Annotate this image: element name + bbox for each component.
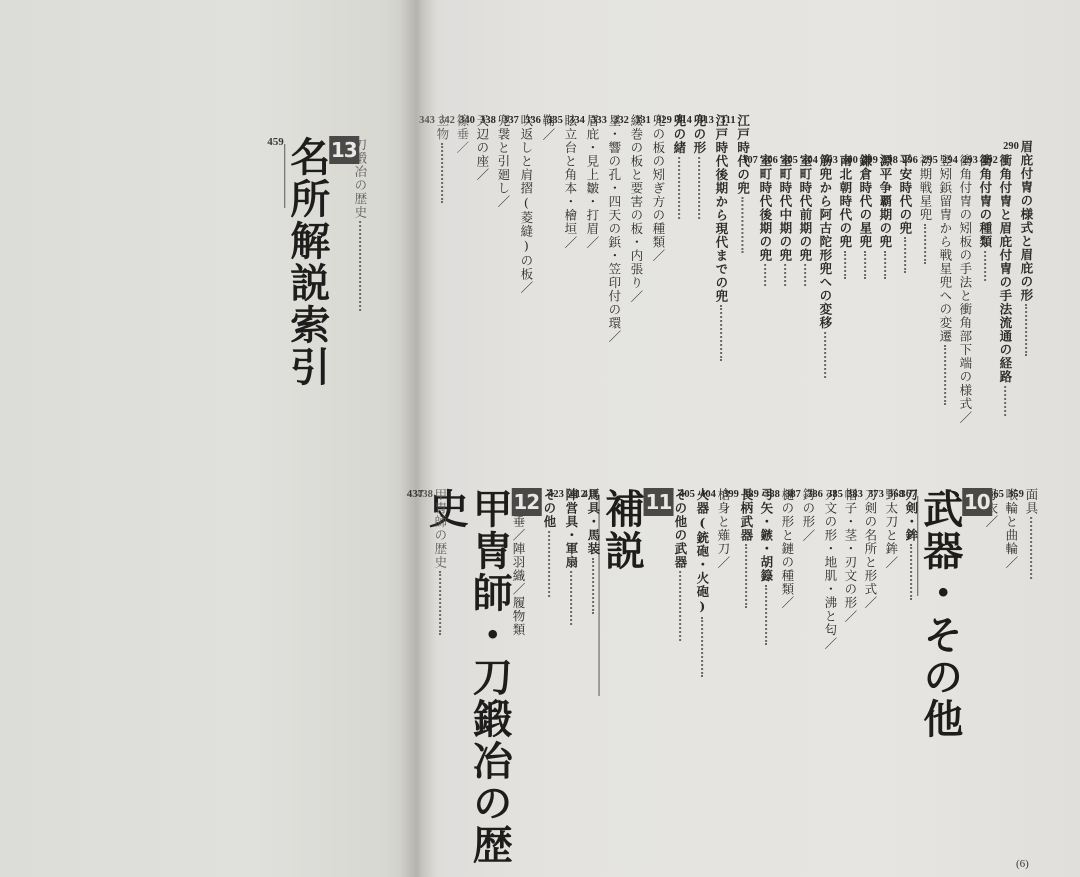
dot-leader <box>944 345 946 405</box>
entry-title: 天辺の座 <box>475 114 490 168</box>
entry-title: 衝角付冑と眉庇付冑の手法流通の経路 <box>998 154 1013 384</box>
entry-title: 星・響の孔・四天の鋲・笠印付の環 <box>607 114 622 330</box>
entry-title: 鍔の形 <box>801 488 816 529</box>
entry-title: 長柄武器 <box>739 488 754 542</box>
entry-title: 弓矢・鏃・胡籙 <box>759 488 774 583</box>
entry-title: 刀剣の名所と形式 <box>863 488 878 596</box>
entry-title: 立物 <box>435 114 450 141</box>
dot-leader <box>698 157 700 219</box>
left-page <box>0 0 418 877</box>
entry-title: 衝角付冑の矧板の手法と衝角部下端の様式 <box>958 154 973 411</box>
entry-title: 竪矧鋲留冑から戦星兜への変遷 <box>938 154 953 343</box>
dot-leader <box>441 143 443 203</box>
chapter-title: 武器・その他 <box>917 488 964 740</box>
entry-title: 眉庇付冑の様式と眉庇の形 <box>1019 140 1034 302</box>
entry-title: 兜の板の矧ぎ方の種類 <box>651 114 666 249</box>
entry-title: 陣営具・軍扇 <box>564 488 579 569</box>
dot-leader <box>864 251 866 279</box>
dot-leader <box>984 251 986 281</box>
slash-separator: ／ <box>823 637 837 651</box>
dot-leader <box>720 305 722 361</box>
entry-title: 室町時代後期の兜 <box>758 154 773 262</box>
slash-separator: ／ <box>651 249 665 263</box>
slash-separator: ／ <box>496 195 510 209</box>
entry-title: 喉輪と曲輪 <box>1004 488 1019 556</box>
entry-title: その他 <box>542 488 557 529</box>
entry-title: 衝角付冑の種類 <box>978 154 993 249</box>
dot-leader <box>678 157 680 219</box>
dot-leader <box>1025 304 1027 356</box>
chapter-title: 名所解説索引 <box>284 136 331 388</box>
chapter-number-badge: 10 <box>962 488 992 516</box>
chapter-number-badge: 12 <box>511 488 541 516</box>
page-folio: (6) <box>1016 858 1029 870</box>
entry-title: 面具 <box>1024 488 1039 515</box>
dot-leader <box>784 264 786 286</box>
toc-entry: 甲冑師の歴史438 <box>417 488 447 637</box>
dot-leader <box>701 617 703 677</box>
entry-title: 甲冑師の歴史 <box>433 488 448 569</box>
dot-leader <box>592 558 594 614</box>
chapter-page: 459 <box>267 136 284 148</box>
slash-separator: ／ <box>843 610 857 624</box>
slash-separator: ／ <box>519 281 533 295</box>
chapter-13-heading: 13 名所解説索引 459 <box>267 136 359 388</box>
dot-leader <box>548 531 550 597</box>
entry-title: 江戸時代後期から現代までの兜 <box>714 114 729 303</box>
slash-separator: ／ <box>541 128 555 142</box>
dot-leader <box>679 571 681 641</box>
entry-title: 鞠 <box>541 114 556 128</box>
dot-leader <box>765 585 767 645</box>
entry-title: 吹返しと肩摺(菱縫)の板 <box>519 114 534 281</box>
entry-title: 江戸時代の兜 <box>736 114 751 195</box>
chapter-title: 補説 <box>598 488 645 572</box>
entry-title: その他の武器 <box>673 488 688 569</box>
slash-separator: ／ <box>863 596 877 610</box>
slash-separator: ／ <box>801 529 815 543</box>
entry-page: 438 <box>417 488 433 502</box>
slash-separator: ／ <box>455 141 469 155</box>
dot-leader <box>745 544 747 608</box>
entry-title: 源平争覇期の兜 <box>878 154 893 249</box>
dot-leader <box>742 197 744 253</box>
entry-title: 眉庇・見上皺・打眉 <box>585 114 600 236</box>
dot-leader <box>570 571 572 625</box>
entry-title: 室町時代前期の兜 <box>798 154 813 262</box>
dot-leader <box>1004 386 1006 416</box>
entry-title: 槍身と薙刀 <box>716 488 731 556</box>
dot-leader <box>439 571 441 635</box>
chapter-number-badge: 11 <box>643 488 673 516</box>
entry-title: 綴巻の板と要害の板・内張り <box>629 114 644 290</box>
entry-title: 鎌倉時代の星兜 <box>858 154 873 249</box>
slash-separator: ／ <box>884 556 898 570</box>
dot-leader <box>844 251 846 279</box>
entry-title: 筋兜から阿古陀形兜への変移 <box>818 154 833 330</box>
entry-title: 平安時代の兜 <box>898 154 913 235</box>
slash-separator: ／ <box>585 236 599 250</box>
entry-title: 火器(銃砲・火砲) <box>695 488 710 615</box>
slash-separator: ／ <box>629 290 643 304</box>
dot-leader <box>884 251 886 279</box>
entry-title: 眩立台と角本・檜垣 <box>563 114 578 236</box>
slash-separator: ／ <box>716 556 730 570</box>
slash-separator: ／ <box>1004 556 1018 570</box>
toc-entry: 立物343 <box>419 114 449 205</box>
slash-separator: ／ <box>958 411 972 425</box>
dot-leader <box>910 544 912 600</box>
entry-title: 篠垂 <box>455 114 470 141</box>
entry-title: 野太刀と鉾 <box>884 488 899 556</box>
slash-separator: ／ <box>563 236 577 250</box>
slash-separator: ／ <box>475 168 489 182</box>
entry-title: 兜の緒 <box>672 114 687 155</box>
entry-title: 兜袰と引廻し <box>496 114 511 195</box>
entry-title: 帽子・茎・刃文の形 <box>843 488 858 610</box>
entry-title: 刃文の形・地肌・沸と匂 <box>823 488 838 637</box>
dot-leader <box>804 264 806 286</box>
dot-leader <box>904 237 906 273</box>
entry-title: 室町時代中期の兜 <box>778 154 793 262</box>
slash-separator: ／ <box>780 596 794 610</box>
entry-title: 刀剣・鉾 <box>904 488 919 542</box>
entry-page: 343 <box>419 114 435 128</box>
dot-leader <box>1030 517 1032 579</box>
dot-leader <box>764 264 766 286</box>
dot-leader <box>924 224 926 264</box>
entry-page: 290 <box>1003 140 1019 154</box>
dot-leader <box>359 221 361 311</box>
entry-title: 兜の形 <box>692 114 707 155</box>
entry-title: 初期戦星兜 <box>918 154 933 222</box>
entry-title: 樋の形と鏈の種類 <box>780 488 795 596</box>
dot-leader <box>824 332 826 378</box>
slash-separator: ／ <box>607 330 621 344</box>
entry-title: 馬具・馬装 <box>586 488 601 556</box>
chapter-number-badge: 13 <box>329 136 359 164</box>
entry-title: 南北朝時代の兜 <box>838 154 853 249</box>
